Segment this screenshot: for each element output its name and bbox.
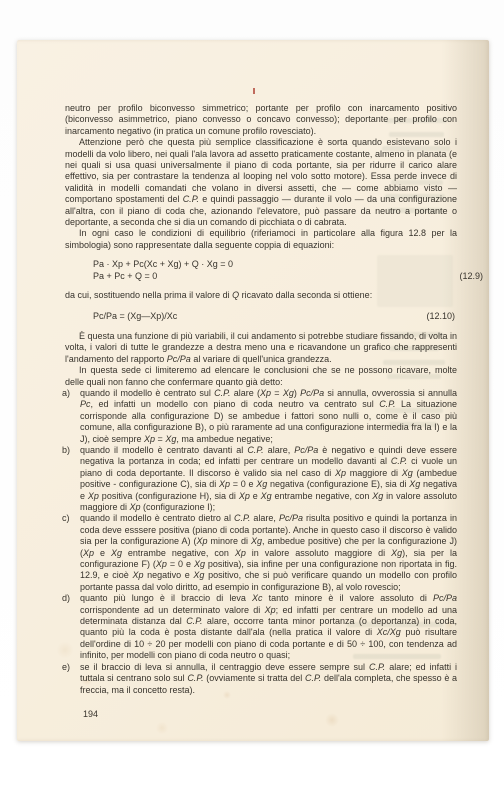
list-item-text: se il braccio di leva si annulla, il cen…: [80, 662, 457, 695]
equation-12-9-line2-row: Pa + Pc + Q = 0 (12.9): [93, 271, 457, 282]
equation-12-9: Pa · Xp + Pc(Xc + Xg) + Q · Xg = 0 Pa + …: [93, 259, 457, 282]
list-item-b: b) quando il modello è centrato davanti …: [65, 445, 457, 513]
list-item-c: c) quando il modello è centrato dietro a…: [65, 513, 457, 593]
equation-12-10-row: Pc/Pa = (Xg—Xp)/Xc (12.10): [65, 311, 457, 322]
list-item-d: d) quanto più lungo è il braccio di leva…: [65, 593, 457, 661]
list-item-letter: d): [62, 593, 70, 604]
list-item-a: a) quando il modello è centrato sul C.P.…: [65, 388, 457, 445]
text-block: neutro per profilo biconvesso simmetrico…: [65, 103, 457, 720]
paragraph-funzione: È questa una funzione di più variabili, …: [65, 331, 457, 365]
list-item-letter: b): [62, 445, 70, 456]
list-item-text: quando il modello è centrato dietro al C…: [80, 513, 457, 591]
list-item-text: quanto più lungo è il braccio di leva Xc…: [80, 593, 457, 660]
equation-12-9-line1: Pa · Xp + Pc(Xc + Xg) + Q · Xg = 0: [93, 259, 457, 270]
paragraph-equilibrio-intro: In ogni caso le condizioni di equilibrio…: [65, 228, 457, 251]
list-item-e: e) se il braccio di leva si annulla, il …: [65, 662, 457, 696]
equation-number-12-9: (12.9): [459, 271, 483, 282]
paragraph-da-cui: da cui, sostituendo nella prima il valor…: [65, 290, 457, 301]
equation-number-12-10: (12.10): [426, 311, 455, 322]
equation-12-10: Pc/Pa = (Xg—Xp)/Xc: [93, 311, 177, 321]
list-item-letter: c): [62, 513, 70, 524]
book-page: neutro per profilo biconvesso simmetrico…: [17, 40, 489, 741]
list-item-letter: a): [62, 388, 70, 399]
scanner-background: neutro per profilo biconvesso simmetrico…: [0, 0, 504, 800]
red-ink-speck: [253, 88, 255, 94]
paragraph-profili: neutro per profilo biconvesso simmetrico…: [65, 103, 457, 137]
equation-12-9-line2: Pa + Pc + Q = 0: [93, 271, 157, 281]
list-item-letter: e): [62, 662, 70, 673]
list-item-text: quando il modello è centrato sul C.P. al…: [80, 388, 457, 444]
list-item-text: quando il modello è centrato davanti al …: [80, 445, 457, 512]
conclusions-list: a) quando il modello è centrato sul C.P.…: [65, 388, 457, 696]
page-number: 194: [83, 709, 457, 720]
paragraph-attenzione: Attenzione però che questa più semplice …: [65, 137, 457, 228]
paragraph-conclusioni-intro: In questa sede ci limiteremo ad elencare…: [65, 365, 457, 388]
